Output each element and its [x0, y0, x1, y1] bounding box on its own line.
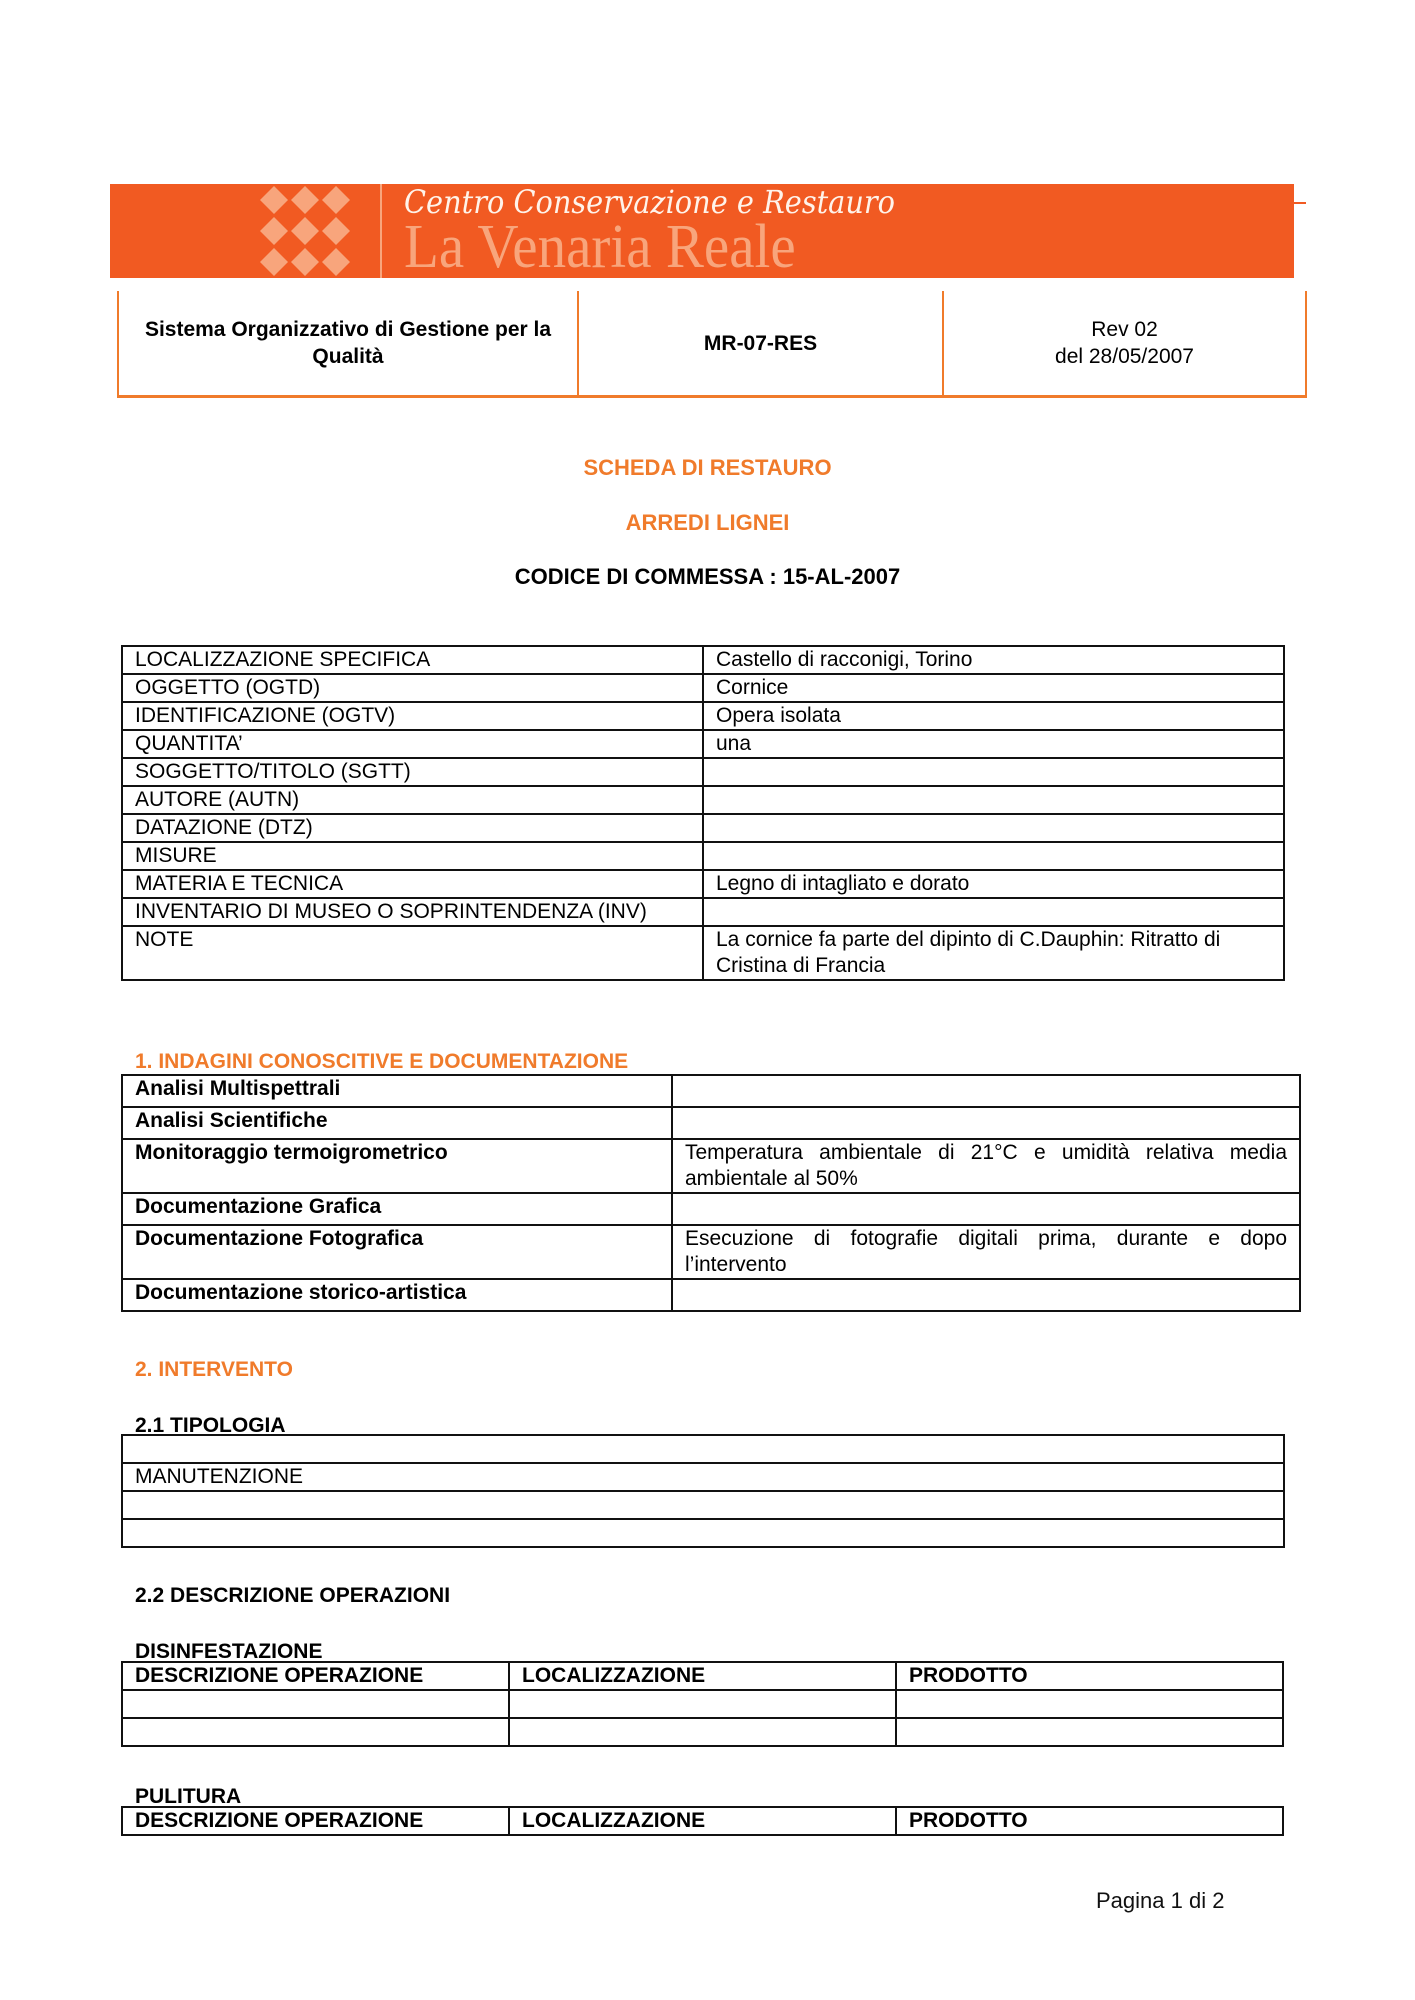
column-header: DESCRIZIONE OPERAZIONE	[122, 1807, 509, 1835]
revision-number: Rev 02	[1055, 316, 1194, 343]
table-row: Analisi Multispettrali	[122, 1075, 1300, 1107]
table-row: Documentazione Grafica	[122, 1193, 1300, 1225]
identification-table: LOCALIZZAZIONE SPECIFICACastello di racc…	[121, 645, 1285, 981]
brand-title: La Venaria Reale	[404, 216, 796, 278]
table-row: SOGGETTO/TITOLO (SGTT)	[122, 758, 1284, 786]
investigations-table: Analisi MultispettraliAnalisi Scientific…	[121, 1074, 1301, 1312]
investigation-label: Monitoraggio termoigrometrico	[122, 1139, 672, 1193]
field-value: La cornice fa parte del dipinto di C.Dau…	[703, 926, 1284, 980]
table-row	[122, 1435, 1284, 1463]
section2-heading: 2. INTERVENTO	[135, 1358, 293, 1382]
table-header-row: DESCRIZIONE OPERAZIONELOCALIZZAZIONEPROD…	[122, 1807, 1283, 1835]
field-label: MISURE	[122, 842, 703, 870]
investigation-label: Analisi Scientifiche	[122, 1107, 672, 1139]
document-category: ARREDI LIGNEI	[0, 510, 1415, 536]
table-row: MANUTENZIONE	[122, 1463, 1284, 1491]
quality-system-name: Sistema Organizzativo di Gestione per la…	[117, 291, 577, 395]
investigation-value	[672, 1107, 1300, 1139]
field-label: AUTORE (AUTN)	[122, 786, 703, 814]
page-number: Pagina 1 di 2	[1096, 1888, 1224, 1914]
document-code: MR-07-RES	[577, 291, 942, 395]
table-cell	[896, 1718, 1283, 1746]
field-label: SOGGETTO/TITOLO (SGTT)	[122, 758, 703, 786]
table-row: AUTORE (AUTN)	[122, 786, 1284, 814]
field-value	[703, 814, 1284, 842]
investigation-value: Temperatura ambientale di 21°C e umidità…	[672, 1139, 1300, 1193]
tipologia-value: MANUTENZIONE	[122, 1463, 1284, 1491]
table-row: Documentazione storico-artistica	[122, 1279, 1300, 1311]
tipologia-value	[122, 1491, 1284, 1519]
investigation-value	[672, 1279, 1300, 1311]
field-value	[703, 786, 1284, 814]
section1-heading: 1. INDAGINI CONOSCITIVE E DOCUMENTAZIONE	[135, 1050, 628, 1074]
revision-date: del 28/05/2007	[1055, 343, 1194, 370]
field-value	[703, 758, 1284, 786]
tipologia-table: MANUTENZIONE	[121, 1434, 1285, 1548]
field-label: DATAZIONE (DTZ)	[122, 814, 703, 842]
table-row: QUANTITA’una	[122, 730, 1284, 758]
document-title: SCHEDA DI RESTAURO	[0, 455, 1415, 481]
table-row: LOCALIZZAZIONE SPECIFICACastello di racc…	[122, 646, 1284, 674]
field-label: IDENTIFICAZIONE (OGTV)	[122, 702, 703, 730]
column-header: DESCRIZIONE OPERAZIONE	[122, 1662, 509, 1690]
table-cell	[896, 1690, 1283, 1718]
document-header-table: Sistema Organizzativo di Gestione per la…	[117, 291, 1307, 398]
table-cell	[509, 1718, 896, 1746]
investigation-label: Analisi Multispettrali	[122, 1075, 672, 1107]
investigation-label: Documentazione storico-artistica	[122, 1279, 672, 1311]
column-header: PRODOTTO	[896, 1807, 1283, 1835]
pulitura-table: DESCRIZIONE OPERAZIONELOCALIZZAZIONEPROD…	[121, 1806, 1284, 1836]
disinfestazione-table: DESCRIZIONE OPERAZIONELOCALIZZAZIONEPROD…	[121, 1661, 1284, 1747]
field-value: Legno di intagliato e dorato	[703, 870, 1284, 898]
field-value: Opera isolata	[703, 702, 1284, 730]
tipologia-value	[122, 1435, 1284, 1463]
table-row: INVENTARIO DI MUSEO O SOPRINTENDENZA (IN…	[122, 898, 1284, 926]
table-row	[122, 1519, 1284, 1547]
field-value	[703, 842, 1284, 870]
table-cell	[122, 1718, 509, 1746]
table-row	[122, 1491, 1284, 1519]
table-row: DATAZIONE (DTZ)	[122, 814, 1284, 842]
table-row: NOTELa cornice fa parte del dipinto di C…	[122, 926, 1284, 980]
field-label: LOCALIZZAZIONE SPECIFICA	[122, 646, 703, 674]
table-cell	[122, 1690, 509, 1718]
banner-divider	[1294, 202, 1306, 204]
table-header-row: DESCRIZIONE OPERAZIONELOCALIZZAZIONEPROD…	[122, 1662, 1283, 1690]
table-row: Monitoraggio termoigrometricoTemperatura…	[122, 1139, 1300, 1193]
table-row: OGGETTO (OGTD)Cornice	[122, 674, 1284, 702]
field-label: NOTE	[122, 926, 703, 980]
investigation-label: Documentazione Fotografica	[122, 1225, 672, 1279]
tipologia-value	[122, 1519, 1284, 1547]
field-value: una	[703, 730, 1284, 758]
table-row: Analisi Scientifiche	[122, 1107, 1300, 1139]
field-label: QUANTITA’	[122, 730, 703, 758]
field-value: Castello di racconigi, Torino	[703, 646, 1284, 674]
table-row: MATERIA E TECNICALegno di intagliato e d…	[122, 870, 1284, 898]
investigation-value	[672, 1075, 1300, 1107]
table-row: IDENTIFICAZIONE (OGTV)Opera isolata	[122, 702, 1284, 730]
investigation-label: Documentazione Grafica	[122, 1193, 672, 1225]
field-label: INVENTARIO DI MUSEO O SOPRINTENDENZA (IN…	[122, 898, 703, 926]
investigation-value: Esecuzione di fotografie digitali prima,…	[672, 1225, 1300, 1279]
table-row	[122, 1718, 1283, 1746]
logo-separator	[380, 184, 382, 278]
column-header: PRODOTTO	[896, 1662, 1283, 1690]
field-label: MATERIA E TECNICA	[122, 870, 703, 898]
operations-heading: 2.2 DESCRIZIONE OPERAZIONI	[135, 1584, 450, 1608]
column-header: LOCALIZZAZIONE	[509, 1807, 896, 1835]
table-cell	[509, 1690, 896, 1718]
investigation-value	[672, 1193, 1300, 1225]
column-header: LOCALIZZAZIONE	[509, 1662, 896, 1690]
table-row: Documentazione FotograficaEsecuzione di …	[122, 1225, 1300, 1279]
field-label: OGGETTO (OGTD)	[122, 674, 703, 702]
field-value	[703, 898, 1284, 926]
revision-info: Rev 02 del 28/05/2007	[942, 291, 1307, 395]
commessa-code: CODICE DI COMMESSA : 15-AL-2007	[0, 564, 1415, 590]
logo-diamond-grid-icon	[258, 184, 352, 278]
table-row	[122, 1690, 1283, 1718]
table-row: MISURE	[122, 842, 1284, 870]
field-value: Cornice	[703, 674, 1284, 702]
